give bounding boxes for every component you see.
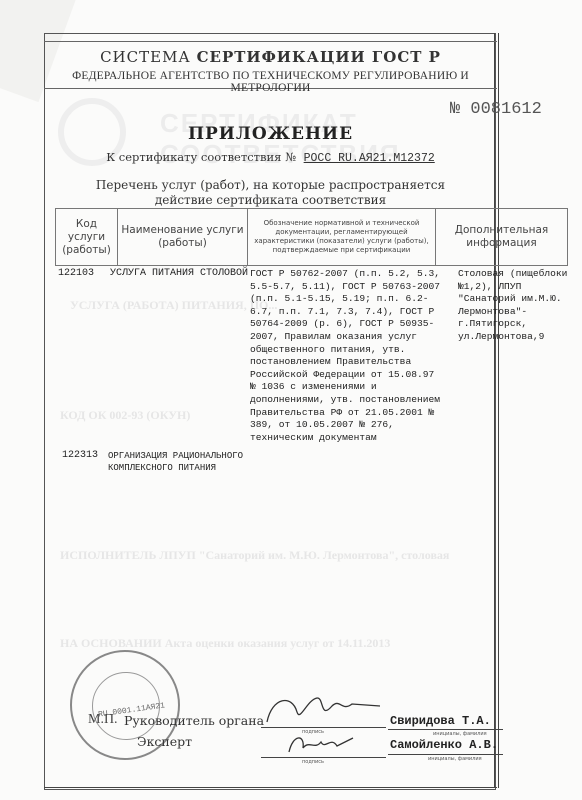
head-name: Свиридова Т.А. bbox=[390, 714, 491, 728]
service-name: ОРГАНИЗАЦИЯ РАЦИОНАЛЬНОГО КОМПЛЕКСНОГО П… bbox=[108, 450, 268, 474]
certificate-number: РОСС RU.АЯ21.М12372 bbox=[304, 152, 435, 165]
services-table-header: Код услуги (работы) Наименование услуги … bbox=[55, 208, 568, 266]
stamp-place-label: М.П. bbox=[88, 712, 118, 728]
header-divider-top bbox=[44, 41, 497, 42]
bleed-through-text: ИСПОЛНИТЕЛЬ ЛПУП "Санаторий им. М.Ю. Лер… bbox=[60, 548, 449, 563]
column-header-name: Наименование услуги (работы) bbox=[118, 209, 248, 266]
certificate-reference: К сертификату соответствия № РОСС RU.АЯ2… bbox=[44, 150, 497, 165]
system-title: СИСТЕМА СЕРТИФИКАЦИИ ГОСТ Р bbox=[44, 48, 497, 66]
expert-signature-caption: подпись bbox=[302, 759, 324, 765]
service-code: 122313 bbox=[62, 450, 98, 461]
column-header-info: Дополнительная информация bbox=[436, 209, 568, 266]
system-title-prefix: СИСТЕМА bbox=[100, 48, 191, 66]
expert-signature-line bbox=[261, 757, 386, 758]
head-signature-icon bbox=[262, 692, 382, 728]
expert-role-label: Эксперт bbox=[137, 734, 192, 749]
head-signature-line bbox=[261, 727, 386, 728]
service-norm-docs: ГОСТ Р 50762-2007 (п.п. 5.2, 5.3, 5.5-5.… bbox=[250, 268, 440, 444]
certificate-reference-label: К сертификату соответствия № bbox=[106, 150, 296, 164]
head-name-caption: инициалы, фамилия bbox=[433, 731, 487, 737]
service-info: Столовая (пищеблоки №1,2), ЛПУП "Санатор… bbox=[458, 268, 576, 344]
head-role-label: Руководитель органа bbox=[124, 713, 264, 728]
system-title-bold: СЕРТИФИКАЦИИ ГОСТ Р bbox=[197, 48, 441, 66]
expert-signature-icon bbox=[285, 730, 355, 758]
serial-number: № 0081612 bbox=[450, 100, 542, 119]
list-heading: Перечень услуг (работ), на которые распр… bbox=[44, 178, 497, 208]
list-heading-line2: действие сертификата соответствия bbox=[44, 193, 497, 208]
signatures-block: RU.0001.11АЯ21 М.П. Руководитель органа … bbox=[40, 700, 560, 790]
expert-name-caption: инициалы, фамилия bbox=[428, 756, 482, 762]
bleed-through-text: УСЛУГА (РАБОТА) ПИТАНИЯ, ПО... bbox=[70, 298, 277, 313]
column-header-norm-docs: Обозначение нормативной и технической до… bbox=[248, 209, 436, 266]
service-name: УСЛУГА ПИТАНИЯ СТОЛОВОЙ bbox=[110, 268, 248, 279]
list-heading-line1: Перечень услуг (работ), на которые распр… bbox=[44, 178, 497, 193]
expert-name-line bbox=[388, 754, 503, 755]
column-header-code: Код услуги (работы) bbox=[56, 209, 118, 266]
document-title: ПРИЛОЖЕНИЕ bbox=[44, 124, 497, 144]
bleed-through-text: КОД ОК 002-93 (ОКУН) bbox=[60, 408, 190, 423]
agency-name: ФЕДЕРАЛЬНОЕ АГЕНТСТВО ПО ТЕХНИЧЕСКОМУ РЕ… bbox=[44, 70, 497, 94]
head-name-line bbox=[388, 729, 503, 730]
expert-name: Самойленко А.В. bbox=[390, 738, 498, 752]
service-code: 122103 bbox=[58, 268, 94, 279]
bleed-through-text: НА ОСНОВАНИИ Акта оценки оказания услуг … bbox=[60, 636, 390, 651]
